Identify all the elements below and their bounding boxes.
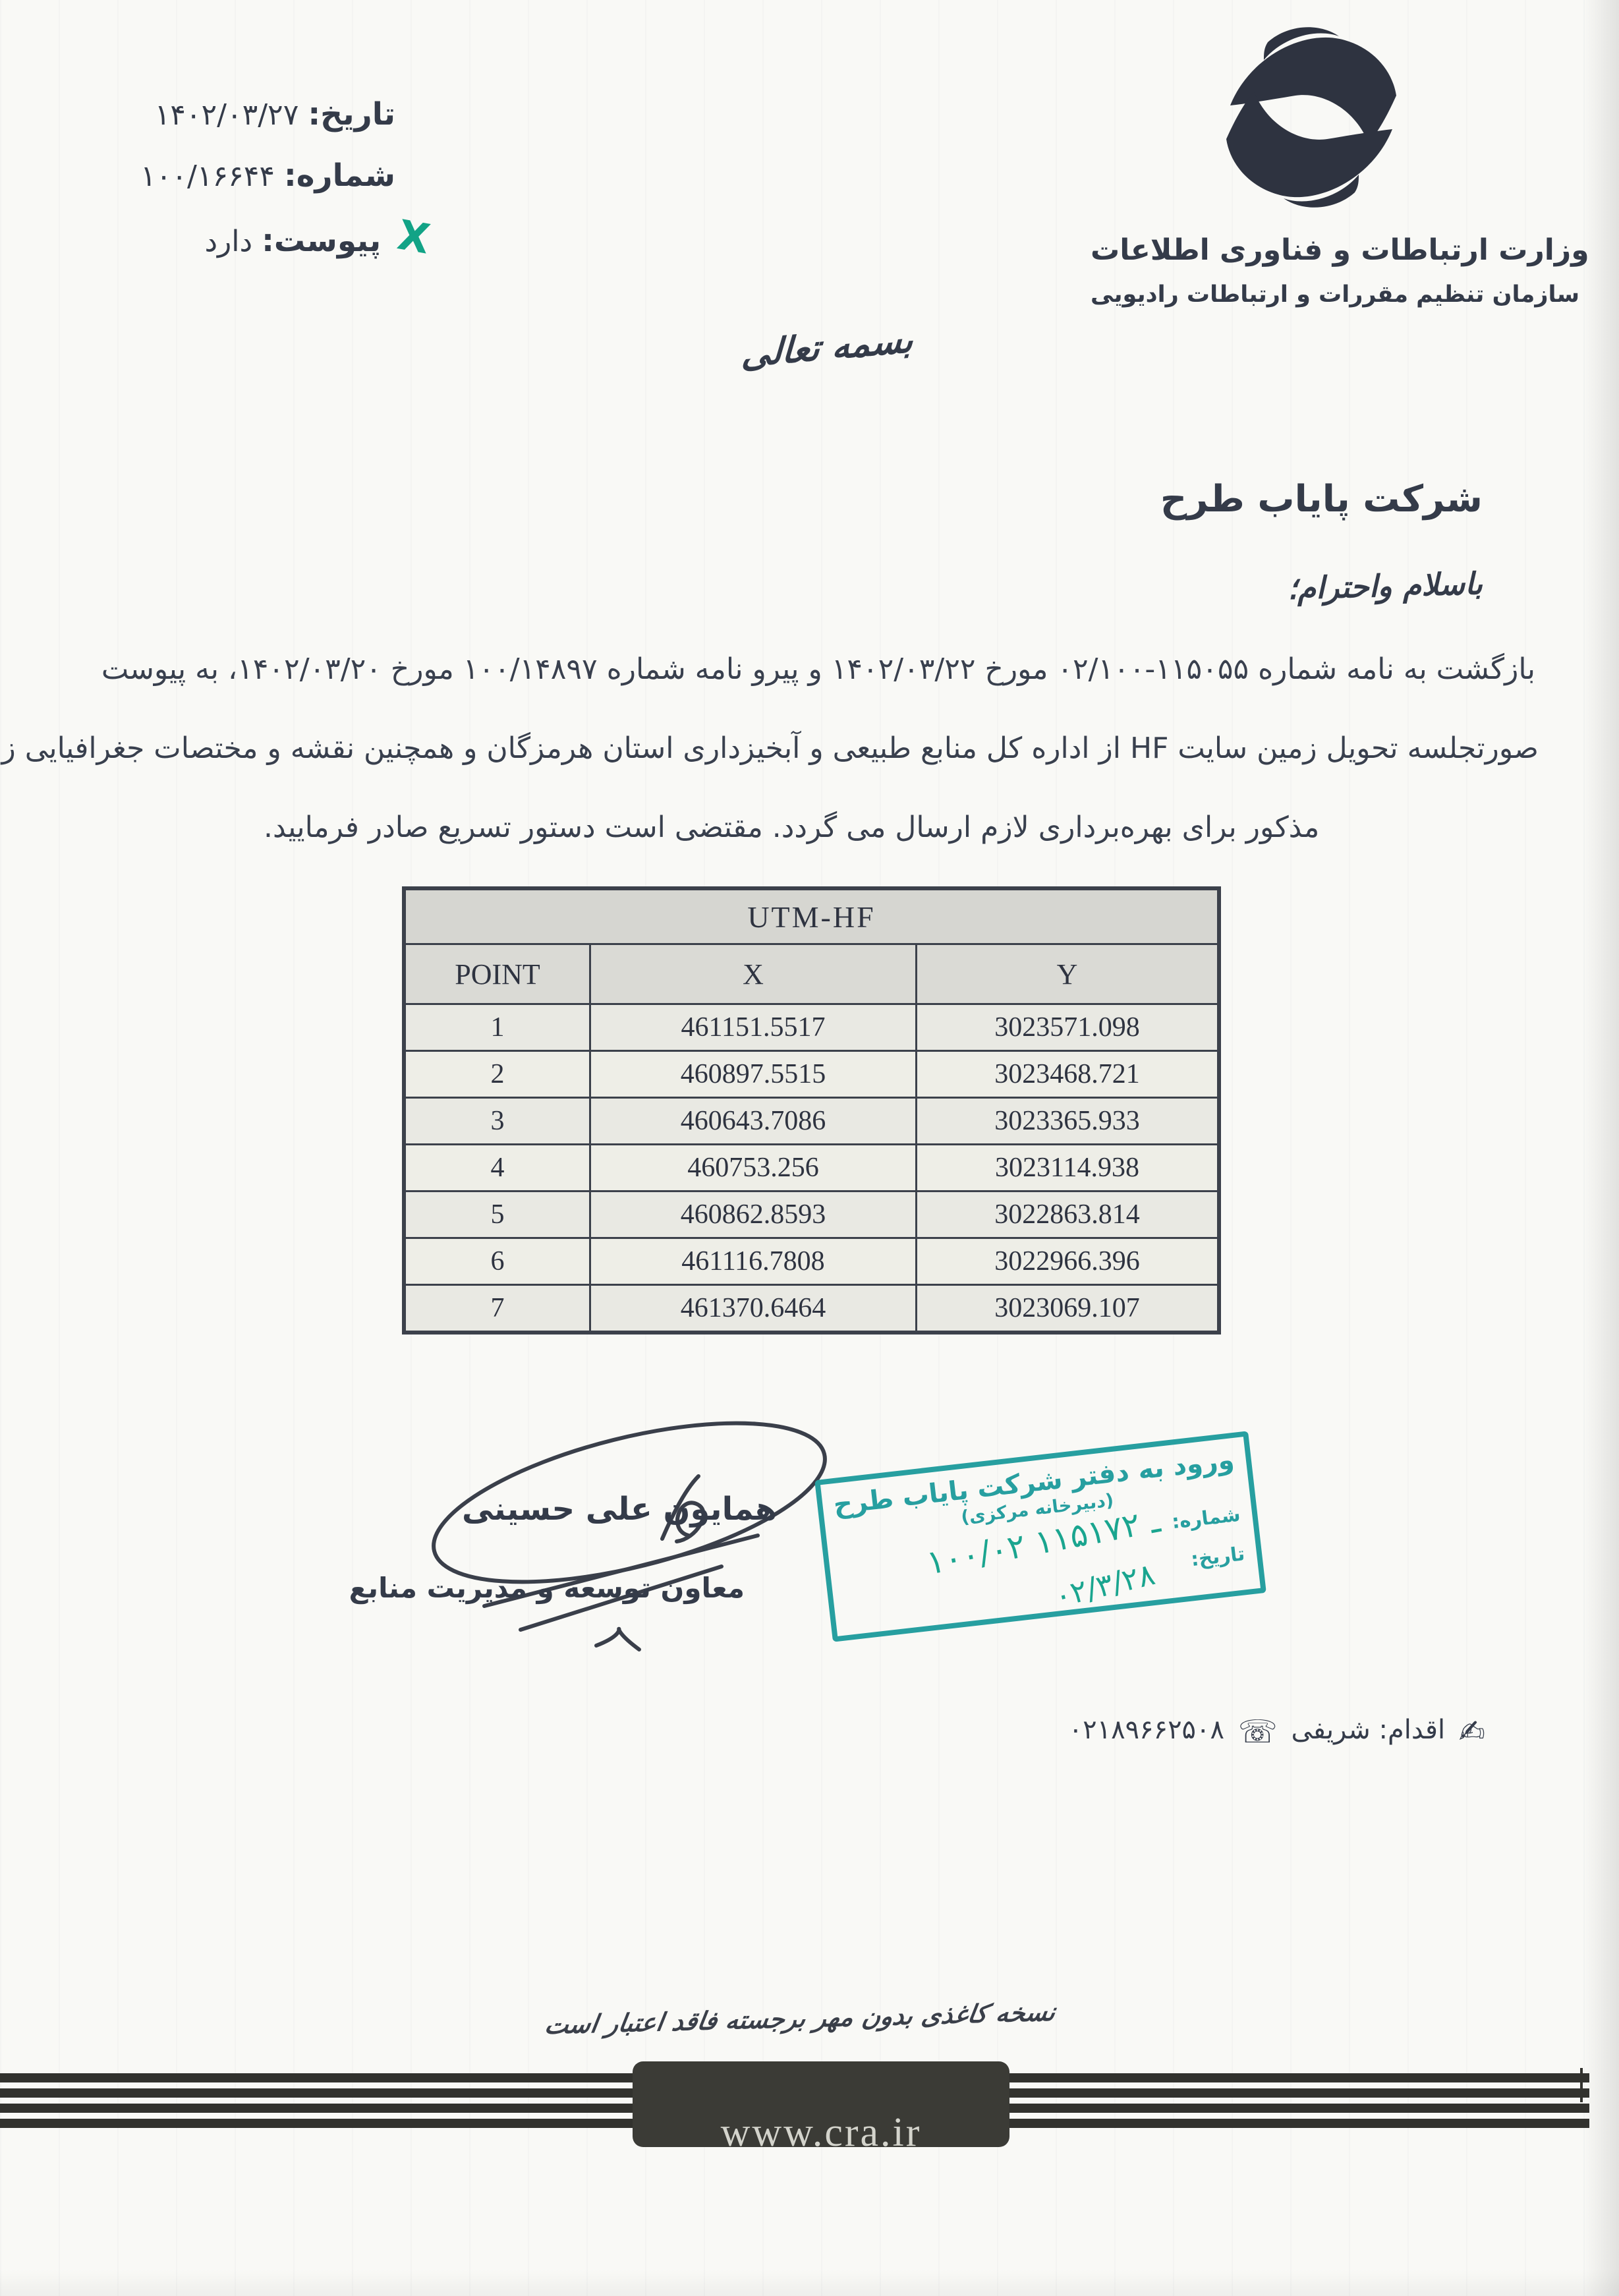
number-value: ۱۰۰/۱۶۶۴۴ <box>140 159 275 193</box>
point-cell: 5 <box>404 1191 590 1238</box>
ministry-name: وزارت ارتباطات و فناوری اطلاعات <box>1091 233 1532 267</box>
x-cell: 461116.7808 <box>590 1238 917 1285</box>
phone-number: ۰۲۱۸۹۶۶۲۵۰۸ <box>1069 1715 1224 1745</box>
col-header-y: Y <box>917 944 1220 1004</box>
table-row: 2460897.55153023468.721 <box>404 1051 1219 1098</box>
recipient-name: شرکت پایاب طرح <box>1160 478 1483 521</box>
website-box: www.cra.ir <box>633 2061 1009 2147</box>
number-line: شماره: ۱۰۰/۱۶۶۴۴ <box>99 146 395 207</box>
y-cell: 3023571.098 <box>917 1004 1220 1051</box>
signature-scribble-icon <box>379 1400 853 1657</box>
x-cell: 460897.5515 <box>590 1051 917 1098</box>
attachment-label: پیوست: <box>262 223 381 259</box>
point-cell: 7 <box>404 1285 590 1333</box>
y-cell: 3023365.933 <box>917 1098 1220 1145</box>
x-cell: 460862.8593 <box>590 1191 917 1238</box>
attachment-check-icon: X <box>393 205 435 270</box>
date-value: ۱۴۰۲/۰۳/۲۷ <box>155 98 299 132</box>
cra-logo-icon <box>1203 18 1420 216</box>
stamp-number-label: شماره: <box>1171 1503 1241 1534</box>
x-cell: 461370.6464 <box>590 1285 917 1333</box>
point-cell: 4 <box>404 1145 590 1191</box>
table-row: 1461151.55173023571.098 <box>404 1004 1219 1051</box>
table-row: 6461116.78083022966.396 <box>404 1238 1219 1285</box>
body-line-1: بازگشت به نامه شماره ۱۱۵۰۵۵-۰۲/۱۰۰ مورخ … <box>101 652 1535 686</box>
signatory-title: معاون توسعه و مدیریت منابع <box>376 1572 745 1604</box>
y-cell: 3023468.721 <box>917 1051 1220 1098</box>
x-cell: 460753.256 <box>590 1145 917 1191</box>
x-cell: 460643.7086 <box>590 1098 917 1145</box>
besmele: بسمه تعالی <box>741 318 913 375</box>
body-line-2: صورتجلسه تحویل زمین سایت HF از اداره کل … <box>0 732 1539 765</box>
action-text: اقدام: شریفی <box>1291 1715 1445 1745</box>
salutation: باسلام واحترام؛ <box>1287 565 1483 606</box>
point-cell: 1 <box>404 1004 590 1051</box>
y-cell: 3022863.814 <box>917 1191 1220 1238</box>
stamp-date-value: ۰۲/۳/۲۸ <box>1051 1559 1157 1612</box>
letterhead: وزارت ارتباطات و فناوری اطلاعات سازمان ت… <box>1091 18 1532 308</box>
number-label: شماره: <box>284 158 395 194</box>
stripe-end-mark <box>1580 2068 1583 2102</box>
point-cell: 2 <box>404 1051 590 1098</box>
table-row: 5460862.85933022863.814 <box>404 1191 1219 1238</box>
table-row: 7461370.64643023069.107 <box>404 1285 1219 1333</box>
signatory-name: همایون علی حسینی <box>455 1491 784 1528</box>
attachment-line: X پیوست: دارد <box>99 207 395 272</box>
table-header-row: POINT X Y <box>404 944 1219 1004</box>
table-title: UTM-HF <box>404 888 1219 944</box>
entry-stamp: ورود به دفتر شرکت پایاب طرح (دبیرخانه مر… <box>814 1431 1266 1642</box>
table-row: 3460643.70863023365.933 <box>404 1098 1219 1145</box>
point-cell: 3 <box>404 1098 590 1145</box>
y-cell: 3022966.396 <box>917 1238 1220 1285</box>
stamp-date-label: تاریخ: <box>1190 1542 1246 1570</box>
col-header-x: X <box>590 944 917 1004</box>
utm-table-body: 1461151.55173023571.0982460897.551530234… <box>404 1004 1219 1333</box>
footer-note: نسخه کاغذی بدون مهر برجسته فاقد اعتبار ا… <box>590 1997 1058 2038</box>
table-title-row: UTM-HF <box>404 888 1219 944</box>
organization-name: سازمان تنظیم مقررات و ارتباطات رادیویی <box>1091 281 1532 308</box>
attachment-value: دارد <box>204 225 252 258</box>
meta-block: تاریخ: ۱۴۰۲/۰۳/۲۷ شماره: ۱۰۰/۱۶۶۴۴ X پیو… <box>99 84 395 272</box>
point-cell: 6 <box>404 1238 590 1285</box>
pen-icon: ✍ <box>1459 1713 1485 1750</box>
action-line: ✍ اقدام: شریفی ☏ ۰۲۱۸۹۶۶۲۵۰۸ <box>1069 1713 1491 1750</box>
body-line-3: مذکور برای بهره‌برداری لازم ارسال می گرد… <box>264 811 1319 844</box>
x-cell: 461151.5517 <box>590 1004 917 1051</box>
table-row: 4460753.2563023114.938 <box>404 1145 1219 1191</box>
date-line: تاریخ: ۱۴۰۲/۰۳/۲۷ <box>99 84 395 146</box>
utm-table: UTM-HF POINT X Y 1461151.55173023571.098… <box>402 886 1221 1335</box>
y-cell: 3023114.938 <box>917 1145 1220 1191</box>
y-cell: 3023069.107 <box>917 1285 1220 1333</box>
date-label: تاریخ: <box>308 96 395 132</box>
scanned-letter-page: تاریخ: ۱۴۰۲/۰۳/۲۷ شماره: ۱۰۰/۱۶۶۴۴ X پیو… <box>0 0 1619 2296</box>
phone-icon: ☏ <box>1238 1713 1278 1750</box>
col-header-point: POINT <box>404 944 590 1004</box>
website-url: www.cra.ir <box>633 2109 1009 2147</box>
